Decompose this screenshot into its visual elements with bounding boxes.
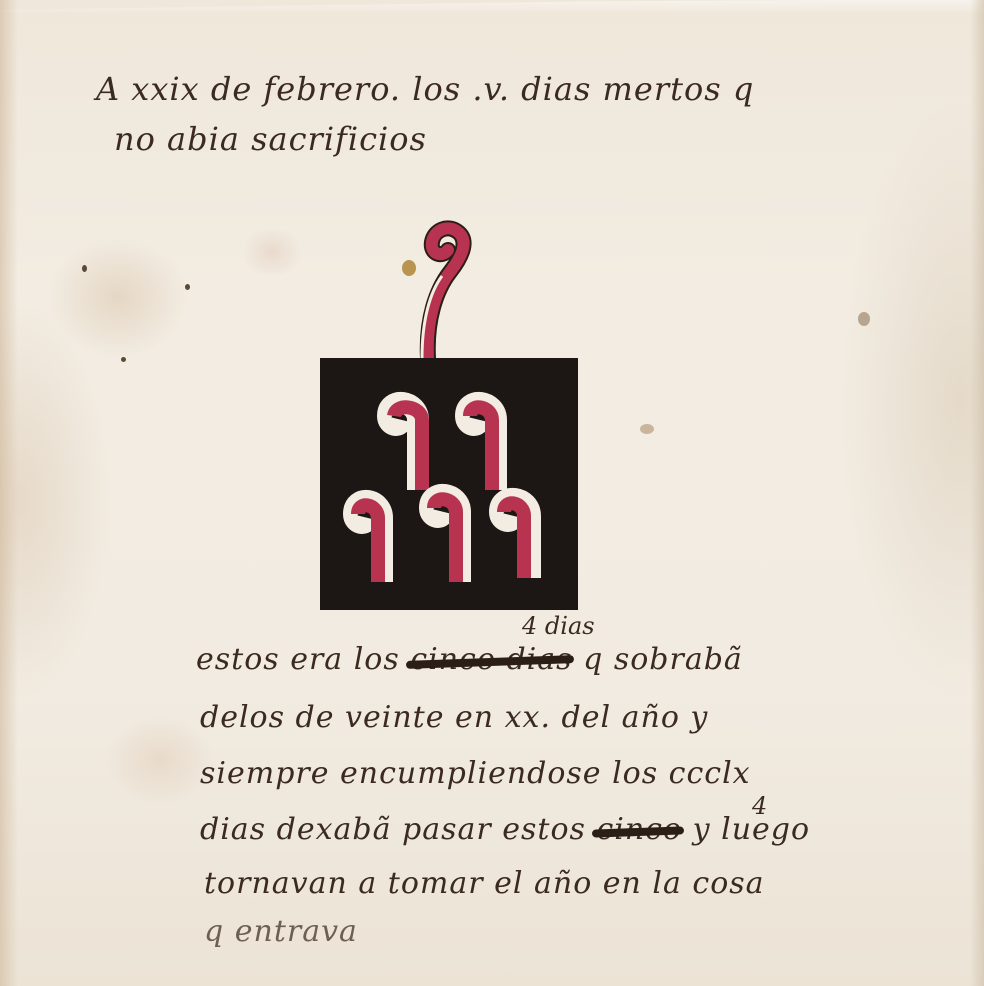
body-line-4: dias dexabã pasar estos cinco y luego bbox=[200, 812, 810, 847]
paper-stain bbox=[640, 424, 654, 434]
manuscript-page: A xxix de febrero. los .v. dias mertos q… bbox=[0, 0, 984, 986]
nemontemi-glyph bbox=[318, 220, 580, 612]
ink-speck bbox=[82, 265, 87, 272]
top-scroll-icon bbox=[422, 228, 464, 358]
body-line-1: estos era los cinco dias q sobrabã bbox=[196, 642, 743, 677]
body-line-6: q entrava bbox=[204, 914, 358, 949]
body-line-1-suffix: q sobrabã bbox=[583, 642, 743, 677]
body-line-2: delos de veinte en xx. del año y bbox=[200, 700, 708, 735]
ink-speck bbox=[185, 284, 190, 290]
body-line-5: tornavan a tomar el año en la cosa bbox=[204, 866, 765, 901]
page-top-edge bbox=[0, 0, 984, 14]
ink-speck bbox=[121, 357, 126, 362]
heading-line-2: no abia sacrificios bbox=[114, 120, 427, 158]
struck-cinco: cinco bbox=[596, 812, 682, 847]
body-line-4-prefix: dias dexabã pasar estos bbox=[200, 812, 586, 847]
page-right-edge bbox=[970, 0, 984, 986]
paper-stain bbox=[858, 312, 870, 326]
body-line-4-suffix: y luego bbox=[693, 812, 810, 847]
heading-line-1: A xxix de febrero. los .v. dias mertos q bbox=[96, 70, 754, 108]
body-line-3: siempre encumpliendose los ccclx bbox=[200, 756, 751, 791]
page-left-edge bbox=[0, 0, 18, 986]
body-line-1-prefix: estos era los bbox=[196, 642, 400, 677]
struck-cinco-dias: cinco dias bbox=[410, 642, 572, 677]
insertion-4-dias: 4 dias bbox=[522, 612, 595, 640]
